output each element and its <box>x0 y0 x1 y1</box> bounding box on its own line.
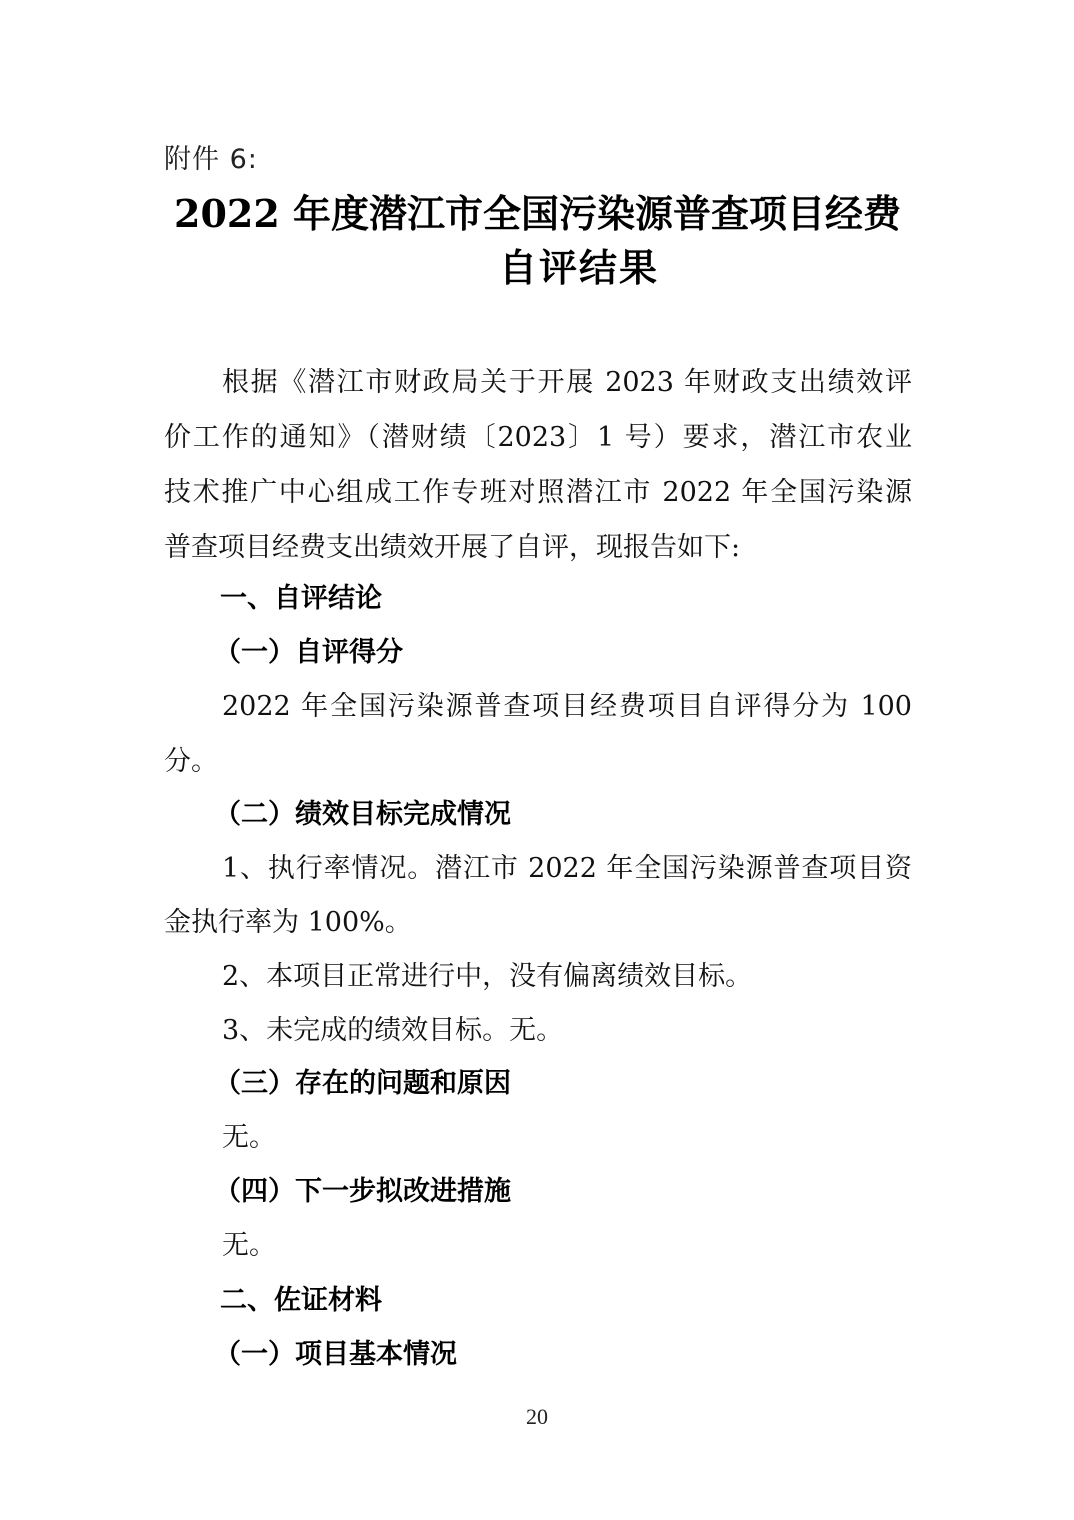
document-page: 附件 6: 2022 年度潜江市全国污染源普查项目经费 自评结果 根据《潜江市财… <box>0 0 1074 1520</box>
page-number: 20 <box>0 1406 1074 1428</box>
section-1-sub-1-heading: （一）自评得分 <box>214 639 403 666</box>
intro-paragraph-line-3: 技术推广中心组成工作专班对照潜江市 2022 年全国污染源 <box>164 479 912 506</box>
intro-paragraph-line-2: 价工作的通知》（潜财绩〔2023〕1 号）要求，潜江市农业 <box>164 424 912 451</box>
goal-item-1-line-2: 金执行率为 100%。 <box>164 909 412 936</box>
section-2-heading: 二、佐证材料 <box>220 1287 382 1314</box>
improvements-text: 无。 <box>222 1232 276 1259</box>
score-text-line-1: 2022 年全国污染源普查项目经费项目自评得分为 100 <box>222 693 912 720</box>
attachment-label: 附件 6: <box>164 146 258 173</box>
goal-item-3: 3、未完成的绩效目标。无。 <box>222 1017 563 1044</box>
document-title-line-2: 自评结果 <box>499 249 659 287</box>
score-text-line-2: 分。 <box>164 748 218 775</box>
section-1-sub-2-heading: （二）绩效目标完成情况 <box>214 801 511 828</box>
problems-text: 无。 <box>222 1124 276 1151</box>
document-title-line-1: 2022 年度潜江市全国污染源普查项目经费 <box>174 195 901 233</box>
goal-item-1-line-1: 1、执行率情况。潜江市 2022 年全国污染源普查项目资 <box>222 855 912 882</box>
goal-item-2: 2、本项目正常进行中，没有偏离绩效目标。 <box>222 963 752 990</box>
intro-paragraph-line-1: 根据《潜江市财政局关于开展 2023 年财政支出绩效评 <box>222 369 912 396</box>
intro-paragraph-line-4: 普查项目经费支出绩效开展了自评，现报告如下: <box>164 534 740 561</box>
section-2-sub-1-heading: （一）项目基本情况 <box>214 1341 457 1368</box>
section-1-heading: 一、自评结论 <box>220 585 382 612</box>
section-1-sub-4-heading: （四）下一步拟改进措施 <box>214 1178 511 1205</box>
section-1-sub-3-heading: （三）存在的问题和原因 <box>214 1070 511 1097</box>
